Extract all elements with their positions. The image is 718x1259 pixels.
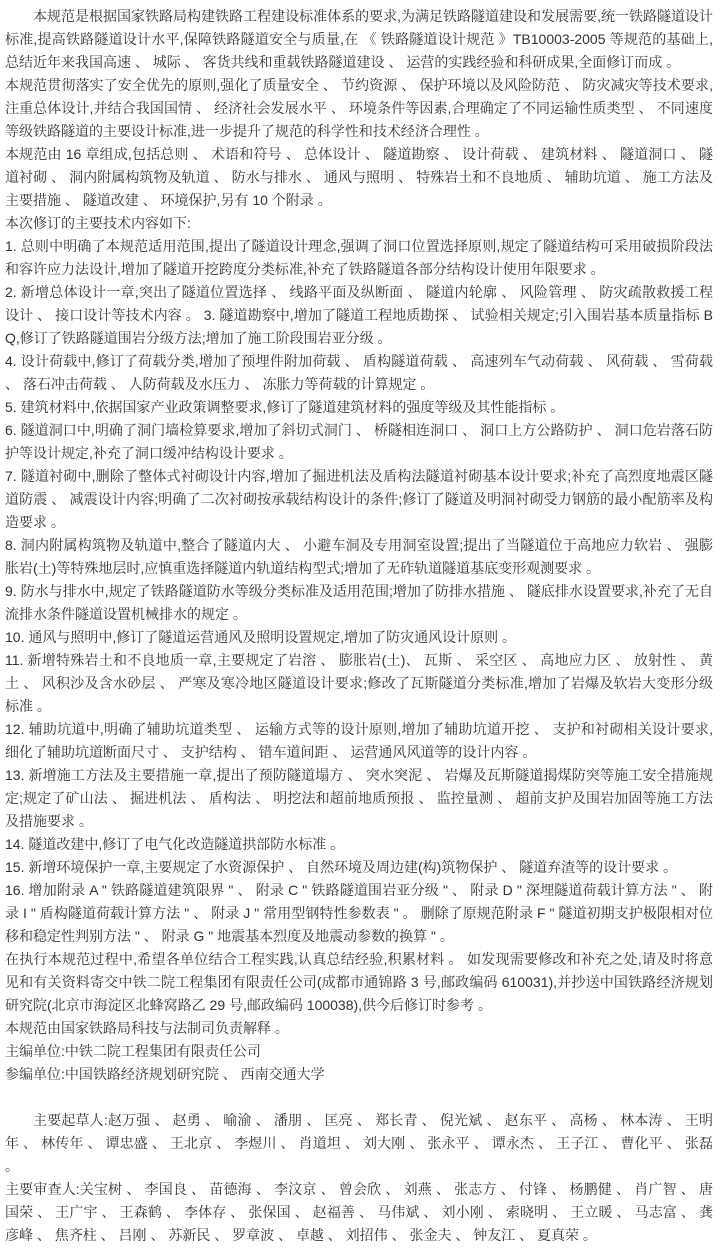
paragraph-item-9: 9. 防水与排水中,规定了铁路隧道防水等级分类标准及适用范围;增加了防排水措施 … bbox=[5, 580, 713, 626]
paragraph-item-5: 5. 建筑材料中,依据国家产业政策调整要求,修订了隧道建筑材料的强度等级及其性能… bbox=[5, 396, 713, 419]
document-page: 本规范是根据国家铁路局构建铁路工程建设标准体系的要求,为满足铁路隧道建设和发展需… bbox=[0, 0, 718, 1255]
paragraph-item-13: 13. 新增施工方法及主要措施一章,提出了预防隧道塌方 、 突水突泥 、 岩爆及… bbox=[5, 764, 713, 833]
paragraph-reviewers: 主要审查人:关宝树 、 李国良 、 苗德海 、 李汶京 、 曾会欣 、 刘燕 、… bbox=[5, 1178, 713, 1247]
paragraph-drafters: 主要起草人:赵万强 、 赵勇 、 喻渝 、 潘朋 、 匡亮 、 郑长青 、 倪光… bbox=[5, 1109, 713, 1178]
paragraph-feedback: 在执行本规范过程中,希望各单位结合工程实践,认真总结经验,积累材料 。 如发现需… bbox=[5, 948, 713, 1017]
paragraph-item-1: 1. 总则中明确了本规范适用范围,提出了隧道设计理念,强调了洞口位置选择原则,规… bbox=[5, 235, 713, 281]
paragraph-item-6: 6. 隧道洞口中,明确了洞门墙检算要求,增加了斜切式洞门 、 桥隧相连洞口 、 … bbox=[5, 419, 713, 465]
paragraph-chief-editor-unit: 主编单位:中铁二院工程集团有限责任公司 bbox=[5, 1040, 713, 1063]
paragraph-item-16: 16. 增加附录 A " 铁路隧道建筑限界 " 、 附录 C " 铁路隧道围岩亚… bbox=[5, 879, 713, 948]
paragraph-item-10: 10. 通风与照明中,修订了隧道运营通风及照明设置规定,增加了防灾通风设计原则 … bbox=[5, 626, 713, 649]
paragraph-item-8: 8. 洞内附属构筑物及轨道中,整合了隧道内大 、 小避车洞及专用洞室设置;提出了… bbox=[5, 534, 713, 580]
paragraph-item-14: 14. 隧道改建中,修订了电气化改造隧道拱部防水标准 。 bbox=[5, 833, 713, 856]
paragraph-item-15: 15. 新增环境保护一章,主要规定了水资源保护 、 自然环境及周边建(构)筑物保… bbox=[5, 856, 713, 879]
paragraph-item-4: 4. 设计荷载中,修订了荷载分类,增加了预埋件附加荷载 、 盾构隧道荷载 、 高… bbox=[5, 350, 713, 396]
paragraph-item-7: 7. 隧道衬砌中,删除了整体式衬砌设计内容,增加了掘进机法及盾构法隧道衬砌基本设… bbox=[5, 465, 713, 534]
paragraph-item-2-3: 2. 新增总体设计一章,突出了隧道位置选择 、 线路平面及纵断面 、 隧道内轮廓… bbox=[5, 281, 713, 350]
paragraph-co-editor-unit: 参编单位:中国铁路经济规划研究院 、 西南交通大学 bbox=[5, 1063, 713, 1086]
paragraph-revision-lead-in: 本次修订的主要技术内容如下: bbox=[5, 212, 713, 235]
paragraph-intro: 本规范是根据国家铁路局构建铁路工程建设标准体系的要求,为满足铁路隧道建设和发展需… bbox=[5, 5, 713, 74]
paragraph-principles: 本规范贯彻落实了安全优先的原则,强化了质量安全 、 节约资源 、 保护环境以及风… bbox=[5, 74, 713, 143]
paragraph-interpretation: 本规范由国家铁路局科技与法制司负责解释 。 bbox=[5, 1017, 713, 1040]
paragraph-item-12: 12. 辅助坑道中,明确了辅助坑道类型 、 运输方式等的设计原则,增加了辅助坑道… bbox=[5, 718, 713, 764]
paragraph-chapters: 本规范由 16 章组成,包括总则 、 术语和符号 、 总体设计 、 隧道勘察 、… bbox=[5, 143, 713, 212]
paragraph-item-11: 11. 新增特殊岩土和不良地质一章,主要规定了岩溶 、 膨胀岩(土)、 瓦斯 、… bbox=[5, 649, 713, 718]
